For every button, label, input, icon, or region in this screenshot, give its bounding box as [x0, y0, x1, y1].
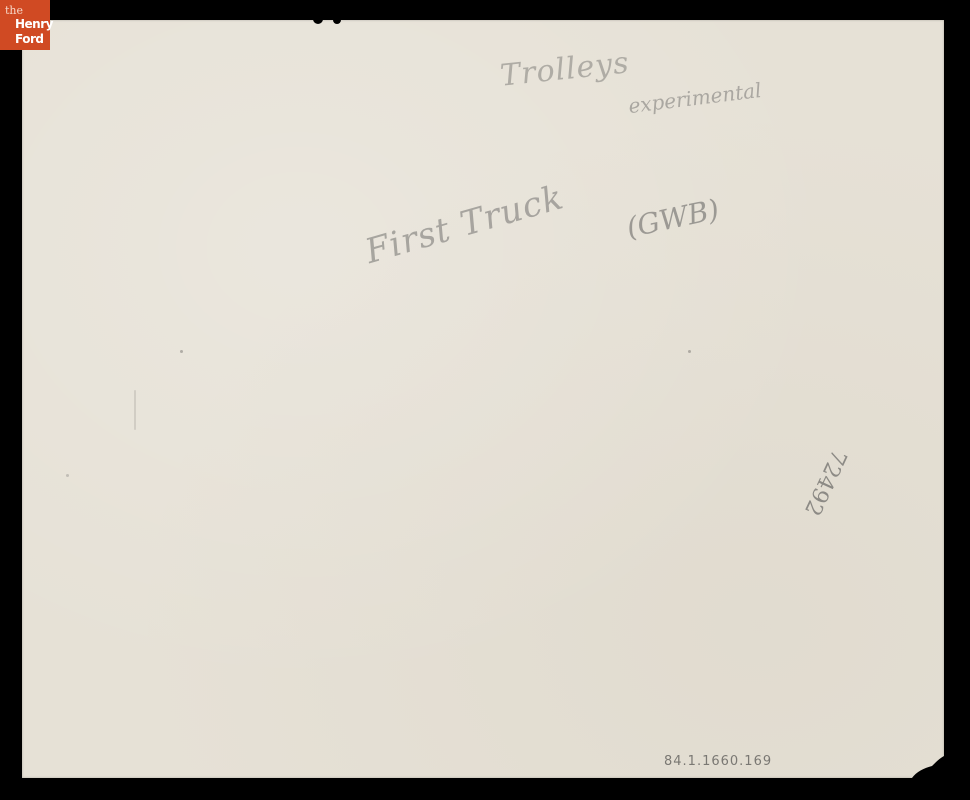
paper-mark: [134, 390, 136, 430]
torn-corner: [894, 744, 944, 778]
catalog-number: 84.1.1660.169: [664, 754, 772, 769]
paper-speck: [66, 474, 69, 477]
logo-ford: Ford: [15, 33, 43, 45]
photo-back-paper: [22, 20, 944, 778]
paper-speck: [180, 350, 183, 353]
logo-henry: Henry: [15, 18, 53, 30]
paper-speck: [688, 350, 691, 353]
henry-ford-logo: the Henry Ford: [0, 0, 50, 50]
logo-the: the: [5, 5, 23, 16]
